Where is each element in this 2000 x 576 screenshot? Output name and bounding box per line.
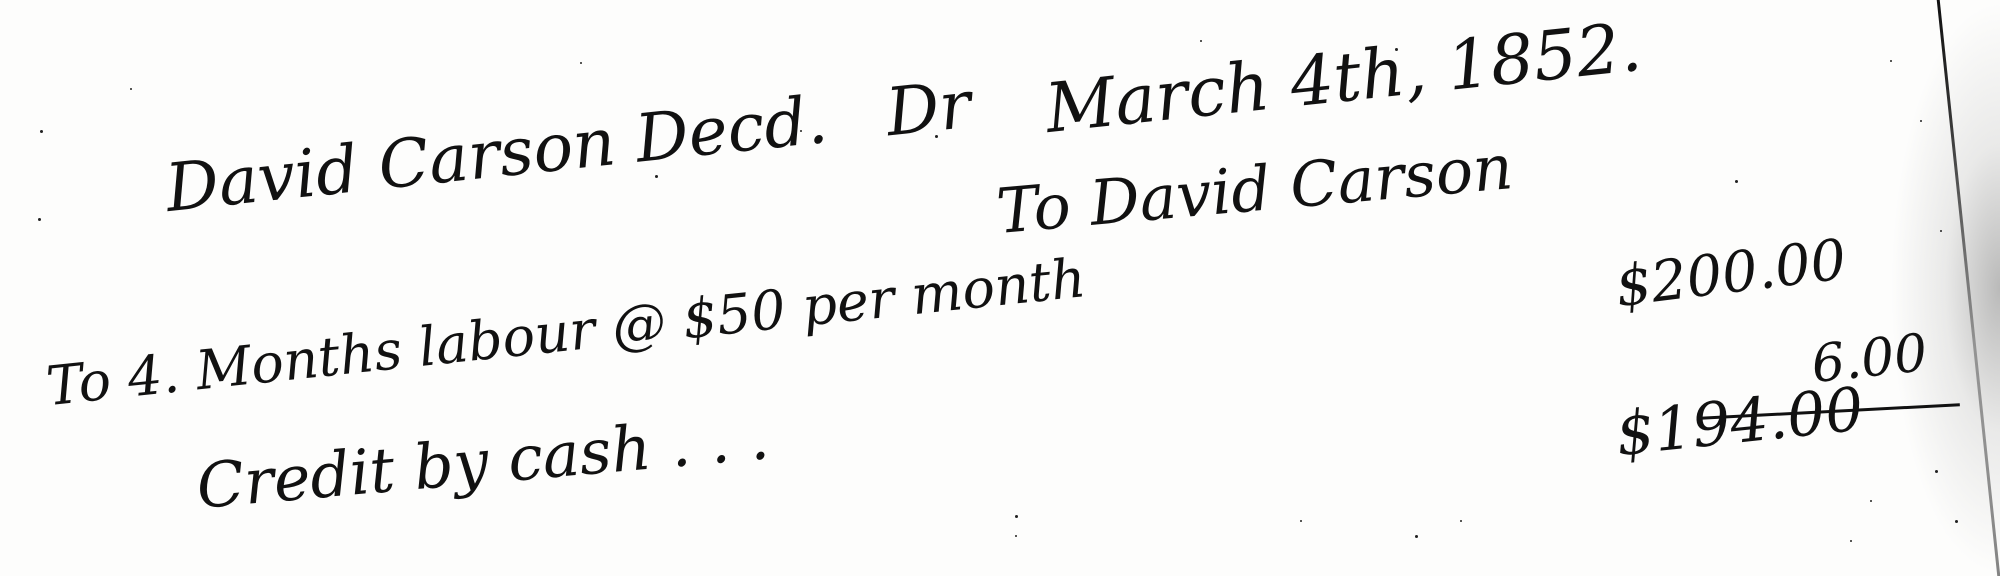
party-name: David Carson Decd. — [162, 81, 831, 227]
line-item-credit: Credit by cash . . . — [194, 400, 772, 523]
scanned-document: David Carson Decd.Dr March 4th, 1852. To… — [0, 0, 2000, 576]
amount-labour: $200.00 — [1612, 227, 1850, 320]
to-line: To David Carson — [994, 130, 1516, 248]
document-date: March 4th, 1852. — [1042, 8, 1645, 149]
debit-marker: Dr — [883, 66, 975, 151]
amount-total: $194.00 — [1613, 374, 1867, 470]
header-party-line: David Carson Decd.Dr — [162, 66, 975, 227]
line-item-labour: To 4. Months labour @ $50 per month — [43, 246, 1088, 418]
